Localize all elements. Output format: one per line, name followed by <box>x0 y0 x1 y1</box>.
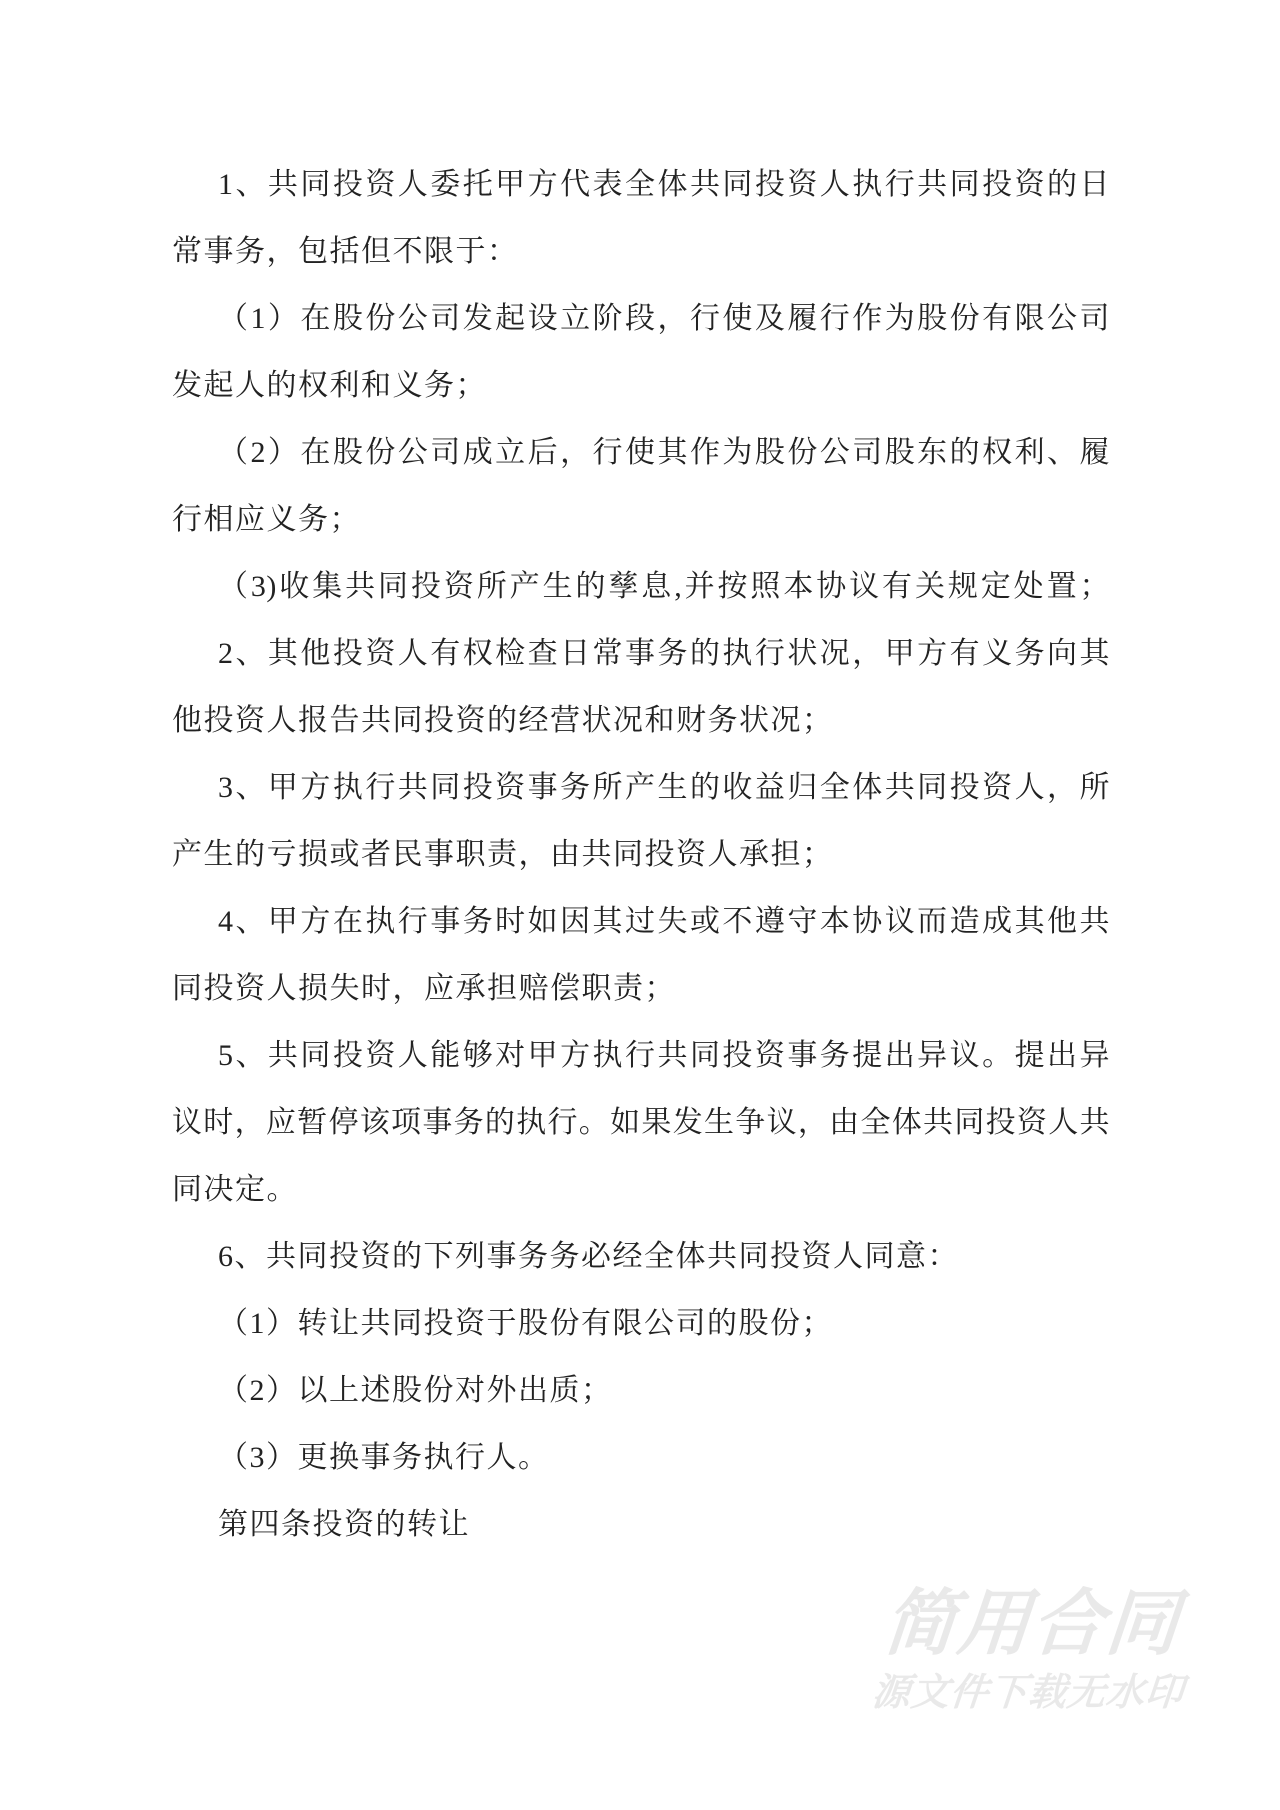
document-line: 6、共同投资的下列事务务必经全体共同投资人同意： <box>172 1223 1110 1290</box>
watermark-subtitle-text: 源文件下载无水印 <box>870 1674 1185 1712</box>
document-line: 同决定。 <box>172 1156 1110 1223</box>
document-line: 常事务，包括但不限于： <box>172 218 1110 285</box>
document-line: 议时，应暂停该项事务的执行。如果发生争议，由全体共同投资人共 <box>172 1089 1110 1156</box>
watermark-brand-text: 简用合同 <box>881 1588 1183 1660</box>
document-line: （3)收集共同投资所产生的孳息,并按照本协议有关规定处置； <box>172 553 1110 620</box>
document-body: 1、共同投资人委托甲方代表全体共同投资人执行共同投资的日常事务，包括但不限于：（… <box>172 151 1110 1558</box>
document-page: 1、共同投资人委托甲方代表全体共同投资人执行共同投资的日常事务，包括但不限于：（… <box>0 0 1280 1810</box>
document-line: 他投资人报告共同投资的经营状况和财务状况； <box>172 687 1110 754</box>
document-line: 2、其他投资人有权检查日常事务的执行状况，甲方有义务向其 <box>172 620 1110 687</box>
document-line: （2）以上述股份对外出质； <box>172 1357 1110 1424</box>
document-line: 5、共同投资人能够对甲方执行共同投资事务提出异议。提出异 <box>172 1022 1110 1089</box>
document-line: （2）在股份公司成立后，行使其作为股份公司股东的权利、履 <box>172 419 1110 486</box>
document-line: 同投资人损失时，应承担赔偿职责； <box>172 955 1110 1022</box>
document-line: 产生的亏损或者民事职责，由共同投资人承担； <box>172 821 1110 888</box>
document-line: 第四条投资的转让 <box>172 1491 1110 1558</box>
document-line: 发起人的权利和义务； <box>172 352 1110 419</box>
document-line: 1、共同投资人委托甲方代表全体共同投资人执行共同投资的日 <box>172 151 1110 218</box>
document-line: 3、甲方执行共同投资事务所产生的收益归全体共同投资人，所 <box>172 754 1110 821</box>
document-line: （1）在股份公司发起设立阶段，行使及履行作为股份有限公司 <box>172 285 1110 352</box>
document-line: （1）转让共同投资于股份有限公司的股份； <box>172 1290 1110 1357</box>
document-line: 行相应义务； <box>172 486 1110 553</box>
document-line: （3）更换事务执行人。 <box>172 1424 1110 1491</box>
document-line: 4、甲方在执行事务时如因其过失或不遵守本协议而造成其他共 <box>172 888 1110 955</box>
